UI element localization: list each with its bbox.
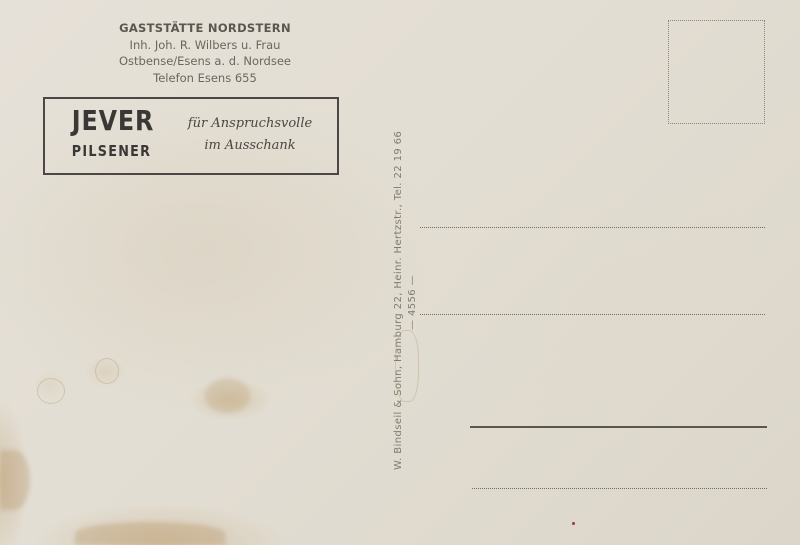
business-name: GASTSTÄTTE NORDSTERN [80,20,330,37]
product-name: PILSENER [72,141,149,161]
address-line-1 [420,227,765,228]
publisher-imprint: W. Bindseil & Sohn, Hamburg 22, Heinr. H… [393,131,404,470]
beer-advertisement: JEVER PILSENER für Anspruchsvolle im Aus… [43,97,339,175]
slogan-line-2: im Ausschank [170,135,330,157]
slogan: für Anspruchsvolle im Ausschank [170,113,330,157]
postcard-back: GASTSTÄTTE NORDSTERN Inh. Joh. R. Wilber… [0,0,800,545]
ink-dot [572,522,575,525]
sender-header: GASTSTÄTTE NORDSTERN Inh. Joh. R. Wilber… [80,20,330,86]
stamp-placeholder-box [668,20,765,124]
water-stain [37,378,65,404]
brand-name: JEVER [72,105,149,137]
water-stain [95,358,119,384]
card-code: — 4556 — [407,275,418,330]
address-line-3 [470,426,767,428]
water-stain [395,330,419,402]
phone-line: Telefon Esens 655 [80,70,330,87]
location-line: Ostbense/Esens a. d. Nordsee [80,53,330,70]
owner-line: Inh. Joh. R. Wilbers u. Frau [80,37,330,54]
edge-stain [75,522,225,545]
stain [205,378,250,413]
edge-stain [0,450,30,510]
address-line-2 [420,314,765,315]
publisher-text: W. Bindseil & Sohn, Hamburg 22, Heinr. H… [393,131,404,470]
address-line-4 [472,488,767,489]
brand-logo: JEVER PILSENER [65,105,155,161]
slogan-line-1: für Anspruchsvolle [170,113,330,135]
